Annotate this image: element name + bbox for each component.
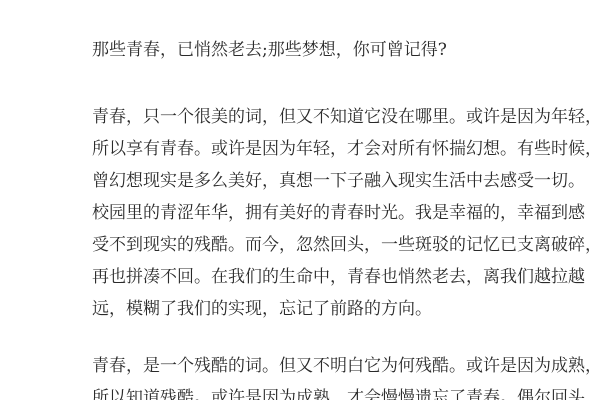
paragraph-line: 青春，只一个很美的词，但又不知道它没在哪里。或许是因为年轻，	[92, 107, 600, 127]
paragraph-line: 远，模糊了我们的实现，忘记了前路的方向。	[92, 299, 432, 319]
paragraph-line: 所以享有青春。或许是因为年轻，才会对所有怀揣幻想。有些时候，	[92, 139, 600, 159]
paragraph-line: 受不到现实的残酷。而今，忽然回头，一些斑驳的记忆已支离破碎，	[92, 235, 600, 255]
paragraph-line: 校园里的青涩年华，拥有美好的青春时光。我是幸福的，幸福到感	[92, 203, 585, 223]
paragraph-line: 所以知道残酷。或许是因为成熟，才会慢慢遗忘了青春。偶尔回头，	[92, 388, 600, 400]
paragraph-line: 青春，是一个残酷的词。但又不明白它为何残酷。或许是因为成熟，	[92, 356, 600, 376]
paragraph-line: 曾幻想现实是多么美好，真想一下子融入现实生活中去感受一切。	[92, 171, 585, 191]
document-page: 那些青春，已悄然老去;那些梦想，你可曾记得? 青春，只一个很美的词，但又不知道它…	[0, 0, 600, 400]
intro-line: 那些青春，已悄然老去;那些梦想，你可曾记得?	[92, 40, 447, 60]
paragraph-line: 再也拼凑不回。在我们的生命中，青春也悄然老去，离我们越拉越	[92, 267, 585, 287]
